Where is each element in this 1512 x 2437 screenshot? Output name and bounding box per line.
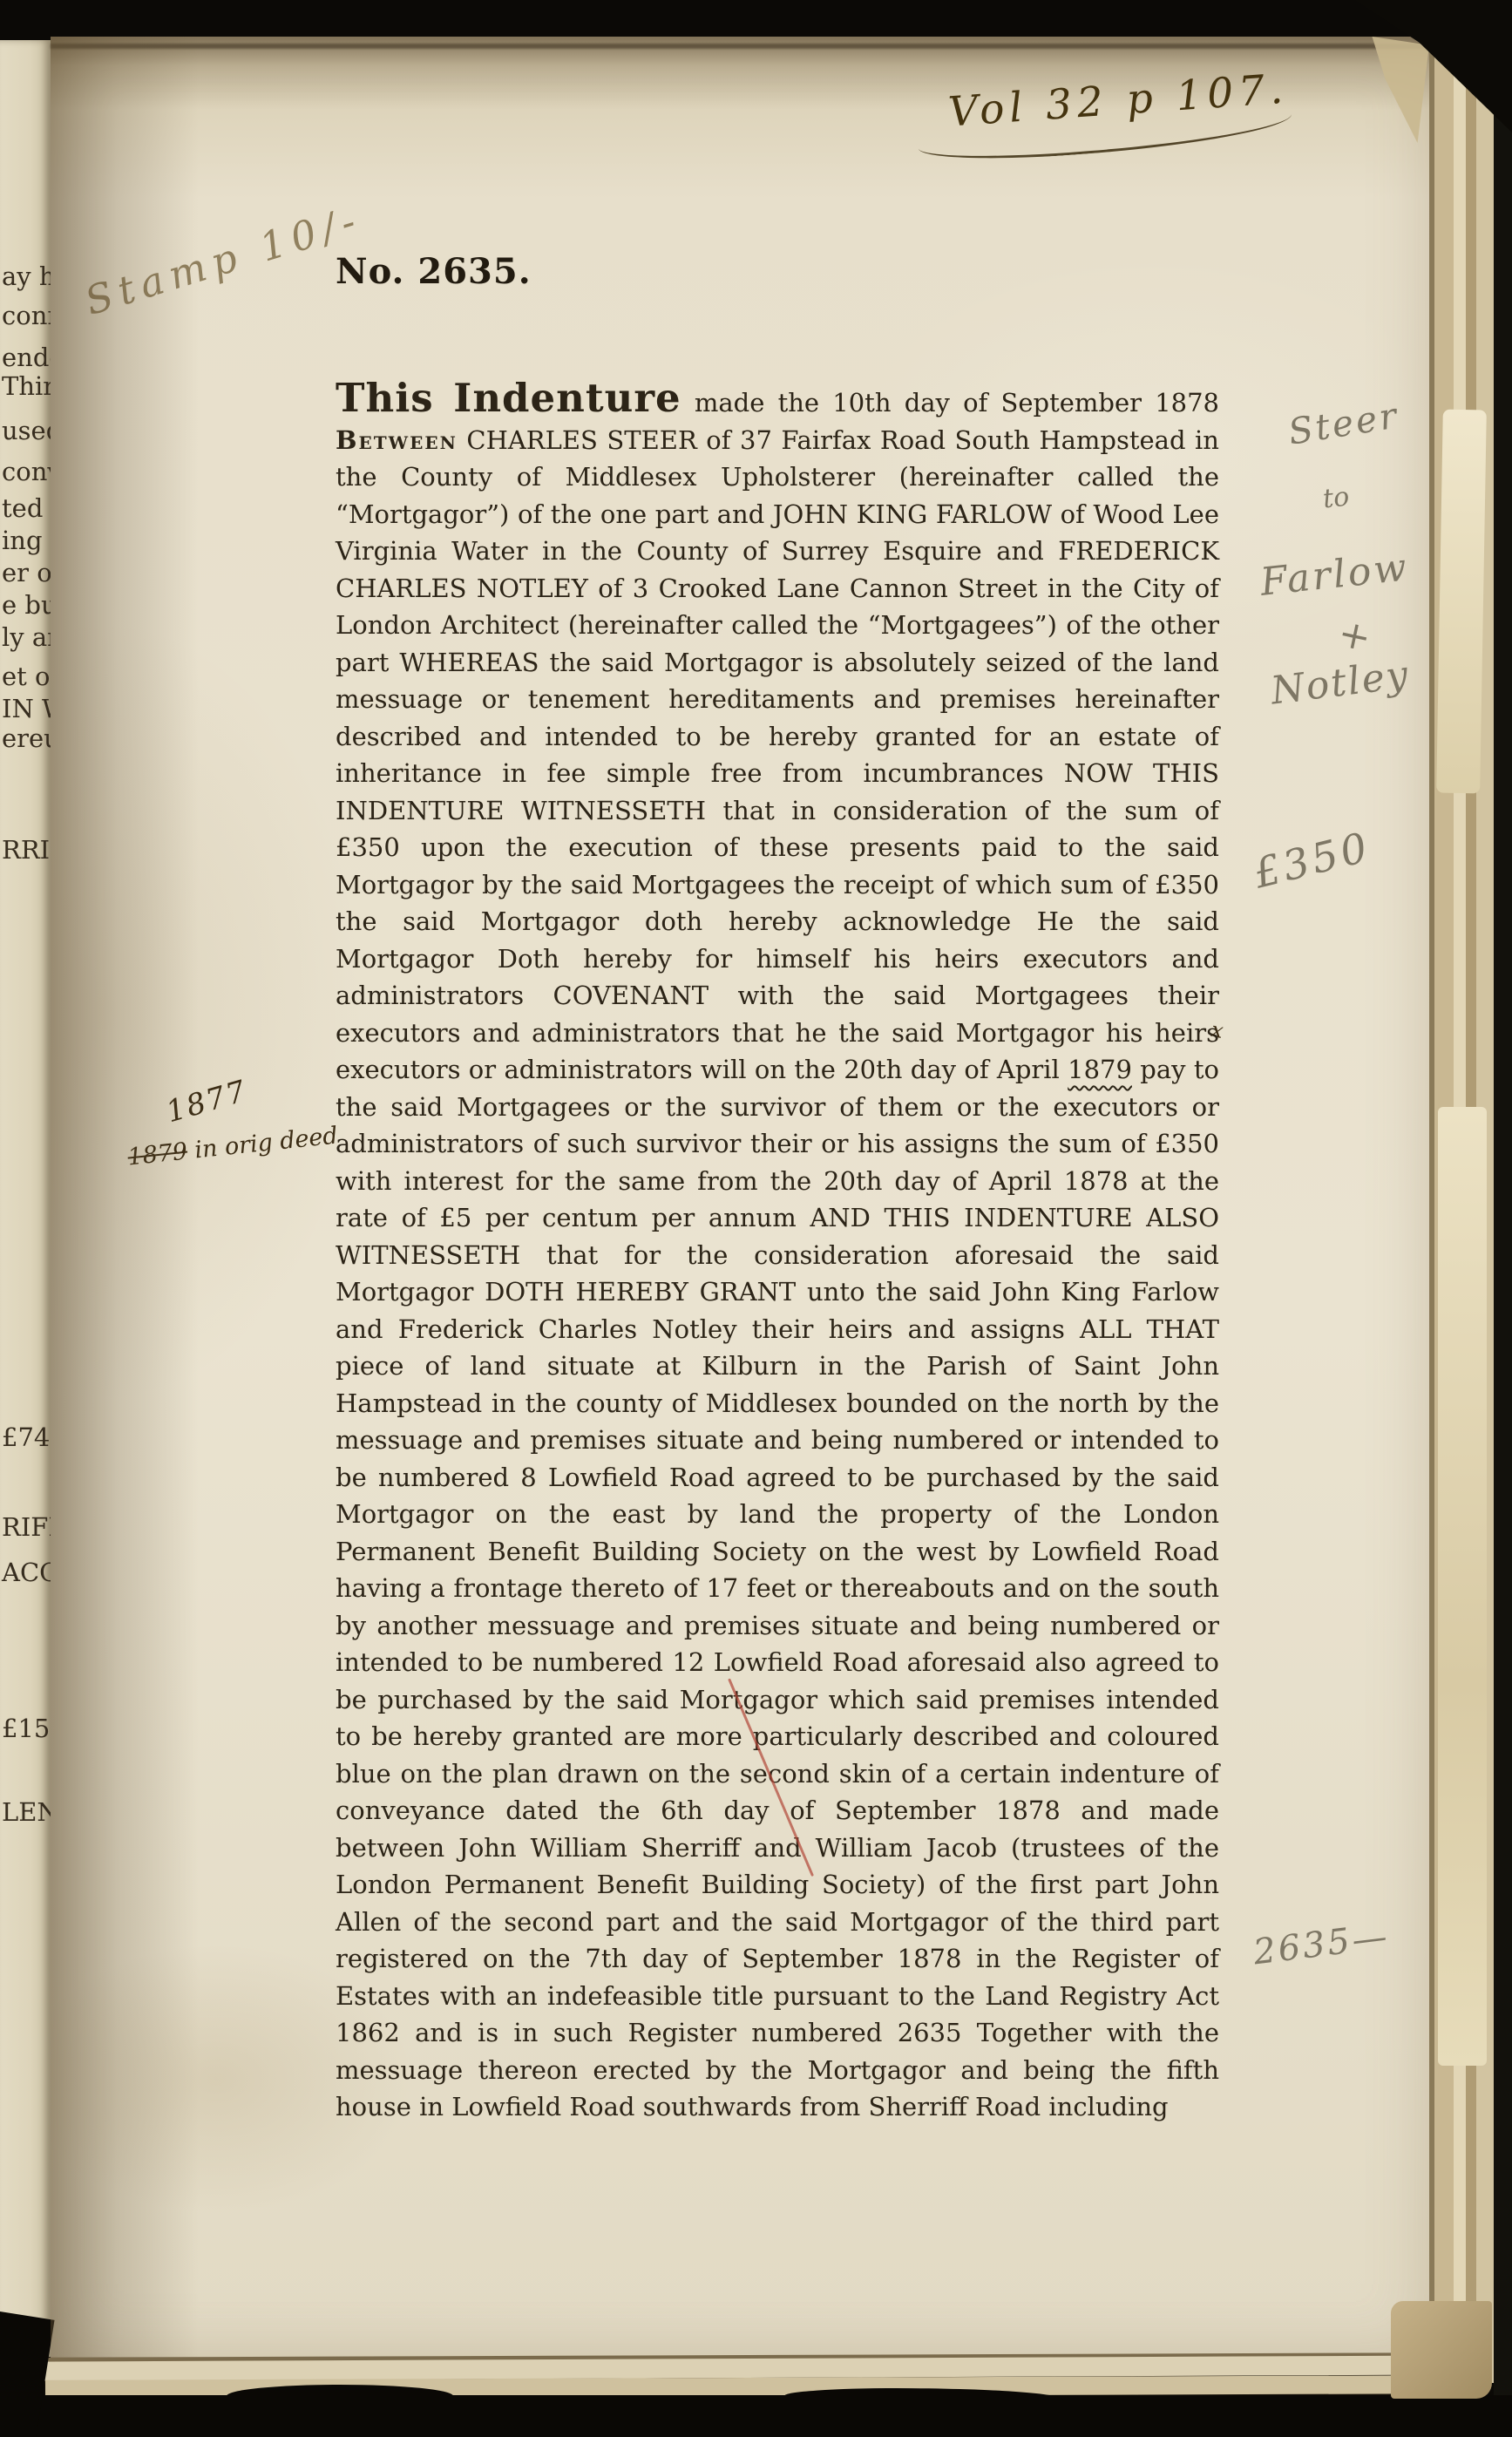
book-cover-right <box>1494 0 1512 2437</box>
deed-number-heading: No. 2635. <box>336 251 532 292</box>
prev-page-text-fragment: Third—N <box>2 371 51 401</box>
prev-page-text-fragment: LEN. <box>2 1797 51 1827</box>
page-top-smudge <box>51 44 1429 49</box>
margin-registry-number: 2635— <box>1251 1917 1392 1973</box>
prev-page-text-fragment: ly and <box>2 622 51 652</box>
prev-page-text-fragment: £15 6s. 8 <box>2 1714 51 1743</box>
correction-note-text: in orig deed <box>186 1122 339 1164</box>
prev-page-text-fragment: RIFF. <box>2 1512 51 1542</box>
struck-year: 1879 <box>126 1138 189 1171</box>
deed-body-text: This Indenture made the 10th day of Sept… <box>336 380 1219 2126</box>
page-curl-bottom-right <box>1391 2301 1492 2399</box>
body-text-segment: Between <box>336 425 458 455</box>
margin-amount-note: £350 <box>1249 823 1375 898</box>
margin-party-to-1: Farlow <box>1258 545 1411 605</box>
prev-page-text-fragment: used as <box>2 416 51 445</box>
prev-page-text-fragment: ACOB. <box>2 1558 51 1587</box>
previous-page-edge: ay his fa connecte endors su Third—N use… <box>0 40 51 2357</box>
ragged-edge <box>227 2385 453 2407</box>
body-text-segment: pay to the said Mortgagees or the surviv… <box>336 1055 1219 2121</box>
prev-page-text-fragment: connecte <box>2 301 51 330</box>
body-text-segment: CHARLES STEER of 37 Fairfax Road South H… <box>336 425 1219 1085</box>
prev-page-text-fragment: ted or a <box>2 493 51 523</box>
prev-page-text-fragment: conveye <box>2 457 51 486</box>
page-corner-fold <box>1356 37 1429 143</box>
body-text-segment: made the 10th day of September 1878 <box>681 388 1219 417</box>
prev-page-text-fragment: ereunto s <box>2 723 51 753</box>
page-edge-ribbon <box>1438 1107 1487 2066</box>
margin-party-from: Steer <box>1285 394 1402 452</box>
body-text-segment: This Indenture <box>336 375 681 421</box>
prev-page-text-fragment: endors su <box>2 343 51 372</box>
margin-year-note: 1877 <box>162 1074 251 1130</box>
prev-page-text-fragment: RRIFF. <box>2 835 51 865</box>
stamp-annotation: Stamp 10/- <box>79 196 367 324</box>
margin-party-to-2: Notley <box>1268 652 1412 713</box>
deed-page: Vol 32 p 107. Stamp 10/- No. 2635. This … <box>51 37 1429 2358</box>
body-text-segment: 1879 <box>1068 1055 1132 1084</box>
margin-ampersand: + <box>1334 611 1375 662</box>
prev-page-text-fragment: er of wi <box>2 558 51 587</box>
prev-page-text-fragment: IN WI <box>2 694 51 723</box>
book-scan-photo: ay his fa connecte endors su Third—N use… <box>0 0 1512 2437</box>
page-edge-ribbon <box>1436 410 1487 794</box>
prev-page-text-fragment: ing of t <box>2 526 51 555</box>
margin-correction-note: 1879 in orig deed <box>126 1122 339 1171</box>
prev-page-text-fragment: ay his fa <box>2 261 51 291</box>
prev-page-text-fragment: £74 13s. 4 <box>2 1422 51 1452</box>
prev-page-text-fragment: et or pri <box>2 662 51 691</box>
prev-page-text-fragment: e buildin <box>2 590 51 620</box>
margin-connector: to <box>1321 482 1351 515</box>
